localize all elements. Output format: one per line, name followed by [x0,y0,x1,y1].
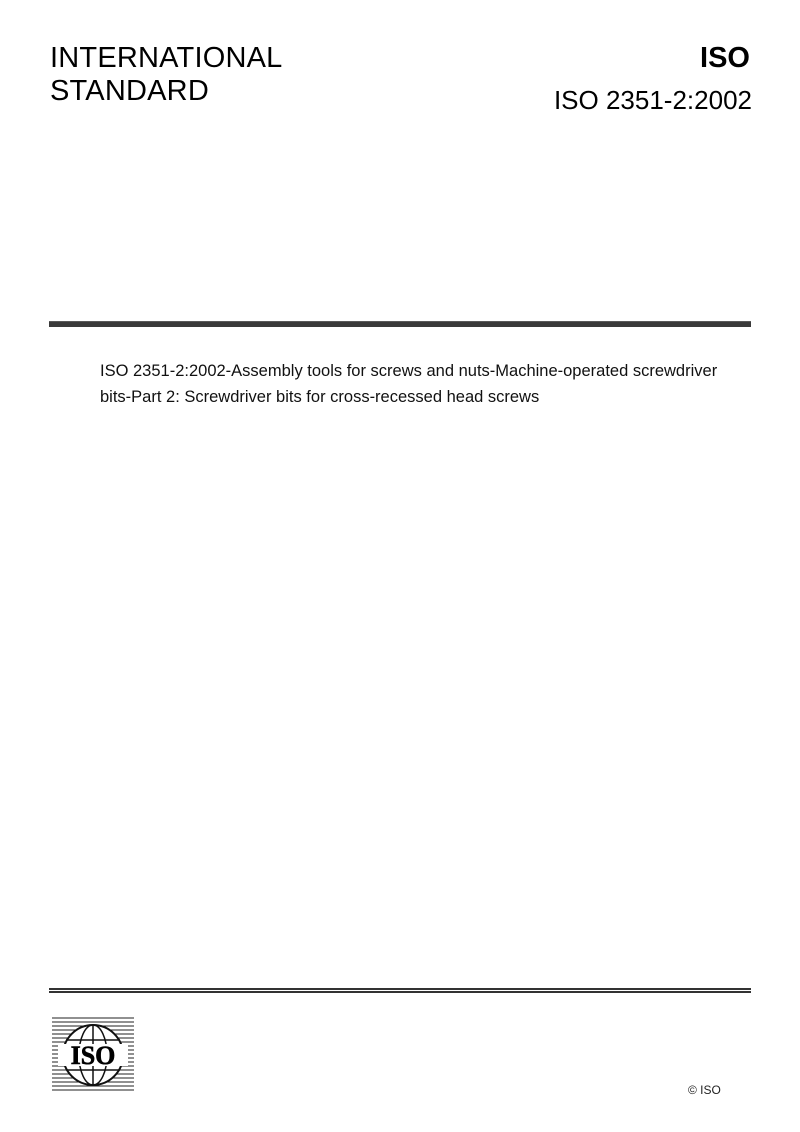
top-divider [49,321,751,327]
document-type-line2: STANDARD [50,75,282,108]
document-type: INTERNATIONAL STANDARD [50,42,282,108]
bottom-divider [49,988,751,995]
organization-label: ISO [700,42,750,75]
standard-reference: ISO 2351-2:2002 [554,84,752,116]
title-line2: bits-Part 2: Screwdriver bits for cross-… [100,384,760,410]
copyright-notice: © ISO [688,1083,721,1097]
title-line1: ISO 2351-2:2002-Assembly tools for screw… [100,358,760,384]
iso-globe-logo-icon: ISO [52,1016,134,1094]
document-type-line1: INTERNATIONAL [50,42,282,75]
svg-text:ISO: ISO [71,1041,116,1070]
document-title: ISO 2351-2:2002-Assembly tools for screw… [100,358,760,410]
